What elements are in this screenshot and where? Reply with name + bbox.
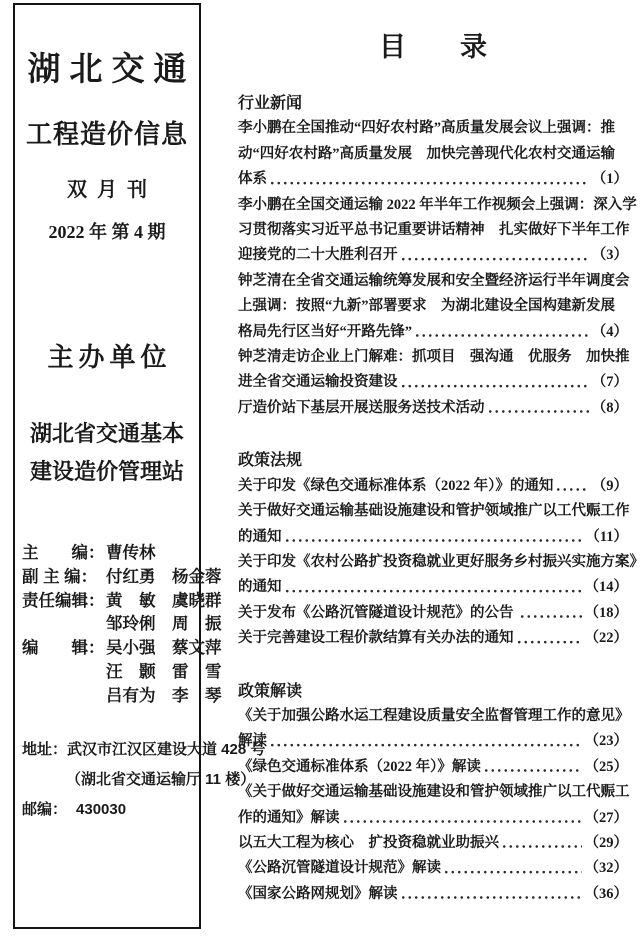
- toc-entry-lastline: 作的通知》解读（27）: [238, 806, 628, 831]
- toc-entry-lastline: 《国家公路网规划》解读（36）: [238, 882, 628, 907]
- toc-entry-text: 解读: [238, 729, 267, 754]
- address-line1: 武汉市江汉区建设大道 428 号: [67, 735, 265, 765]
- toc-page-number: （29）: [585, 831, 629, 856]
- staff-role-label: [22, 661, 106, 685]
- toc-entry: 李小鹏在全国推动“四好农村路”高质量发展会议上强调：推动“四好农村路”高质量发展…: [238, 116, 628, 192]
- magazine-toc-page: 湖北交通 工程造价信息 双月刊 2022 年 第 4 期 主办单位 湖北省交通基…: [0, 0, 642, 940]
- staff-names: 汪 颢 雷 雪: [106, 661, 222, 685]
- toc-entry-lastline: 的通知（11）: [238, 525, 628, 550]
- toc-entry-text: 关于印发《绿色交通标准体系（2022 年）》的通知: [238, 474, 553, 499]
- dot-leader: [483, 755, 582, 780]
- toc-entry-text: 关于发布《公路沉管隧道设计规范》的公告: [238, 601, 517, 626]
- toc-entry-text: 以五大工程为核心 扩投资稳就业助振兴: [238, 831, 499, 856]
- dot-leader: [342, 806, 582, 831]
- toc-entry-lastline: 厅造价站下基层开展送服务送技术活动（8）: [238, 396, 628, 421]
- staff-row-executive-editor-cont: 邹玲俐 周 振: [22, 613, 199, 637]
- staff-role-label: 副 主 编：: [22, 566, 106, 590]
- toc-entry-text: 迎接党的二十大胜利召开: [238, 243, 398, 268]
- toc-page-number: （11）: [585, 525, 628, 550]
- toc-entry-lastline: 体系（1）: [238, 167, 628, 192]
- staff-row-executive-editor: 责任编辑： 黄 敏 虞晓群: [22, 590, 199, 614]
- toc-entry-text: 《绿色交通标准体系（2022 年）》解读: [238, 755, 481, 780]
- toc-entry-lastline: 的通知（14）: [238, 575, 628, 600]
- toc-entry-text: 的通知: [238, 575, 282, 600]
- staff-names: 黄 敏 虞晓群: [106, 590, 222, 614]
- toc-page-number: （7）: [592, 370, 628, 395]
- dot-leader: [443, 856, 582, 881]
- toc-entry: 厅造价站下基层开展送服务送技术活动（8）: [238, 396, 628, 421]
- toc-entry: 李小鹏在全国交通运输 2022 年半年工作视频会上强调：深入学习贯彻落实习近平总…: [238, 193, 628, 269]
- toc-entry-text: 的通知: [238, 525, 282, 550]
- toc-page-number: （18）: [585, 601, 629, 626]
- staff-names: 付红勇 杨金蓉: [106, 566, 222, 590]
- toc-page-number: （14）: [585, 575, 629, 600]
- address-line2: （湖北省交通运输厅 11 楼）: [66, 765, 255, 795]
- organizer-name-line1: 湖北省交通基本: [15, 419, 199, 449]
- toc-entry-text: 《公路沉管隧道设计规范》解读: [238, 856, 441, 881]
- dot-leader: [555, 474, 588, 499]
- toc-entry: 关于做好交通运输基础设施建设和管护领域推广以工代赈工作的通知（11）: [238, 499, 628, 550]
- toc-entry: 《绿色交通标准体系（2022 年）》解读（25）: [238, 755, 628, 780]
- toc-page-number: （8）: [592, 396, 628, 421]
- toc-page-number: （25）: [585, 755, 629, 780]
- dot-leader: [284, 575, 582, 600]
- toc-entry-text: 作的通知》解读: [238, 806, 340, 831]
- address-label: 地址：: [22, 735, 67, 765]
- toc-entry: 《公路沉管隧道设计规范》解读（32）: [238, 856, 628, 881]
- contact-block: 地址： 武汉市江汉区建设大道 428 号 （湖北省交通运输厅 11 楼） 邮编：…: [15, 735, 199, 825]
- toc-entry-text: 厅造价站下基层开展送服务送技术活动: [238, 396, 485, 421]
- toc-section-header: 政策法规: [238, 448, 628, 473]
- staff-names: 吕有为 李 琴: [106, 685, 222, 709]
- dot-leader: [501, 831, 582, 856]
- toc-entry-text: 进全省交通运输投资建设: [238, 370, 398, 395]
- dot-leader: [284, 525, 583, 550]
- toc-entry-text: 体系: [238, 167, 267, 192]
- toc-entry-line: 习贯彻落实习近平总书记重要讲话精神 扎实做好下半年工作: [238, 218, 628, 243]
- toc-entry: 以五大工程为核心 扩投资稳就业助振兴（29）: [238, 831, 628, 856]
- postcode-row: 邮编： 430030: [22, 795, 199, 825]
- toc-entry: 钟芝清走访企业上门解难：抓项目 强沟通 优服务 加快推进全省交通运输投资建设（7…: [238, 345, 628, 396]
- dot-leader: [400, 243, 589, 268]
- toc-entry: 关于印发《农村公路扩投资稳就业更好服务乡村振兴实施方案》的通知（14）: [238, 550, 628, 601]
- toc-page-number: （23）: [585, 729, 629, 754]
- staff-row-editor-cont2: 吕有为 李 琴: [22, 685, 199, 709]
- toc-page-number: （32）: [585, 856, 629, 881]
- toc-sections: 行业新闻李小鹏在全国推动“四好农村路”高质量发展会议上强调：推动“四好农村路”高…: [238, 91, 628, 907]
- dot-leader: [519, 601, 581, 626]
- staff-names: 曹传林: [106, 542, 156, 566]
- staff-row-chief-editor: 主 编： 曹传林: [22, 542, 199, 566]
- toc-section: 政策解读《关于加强公路水运工程建设质量安全监督管理工作的意见》解读（23）《绿色…: [238, 679, 628, 908]
- address-row: 地址： 武汉市江汉区建设大道 428 号: [22, 735, 199, 765]
- toc-entry: 钟芝清在全省交通运输统筹发展和安全暨经济运行半年调度会上强调：按照“九新”部署要…: [238, 269, 628, 345]
- toc-entry-line: 《关于做好交通运输基础设施建设和管护领域推广以工代赈工: [238, 780, 628, 805]
- toc-entry: 《关于加强公路水运工程建设质量安全监督管理工作的意见》解读（23）: [238, 704, 628, 755]
- toc-page-number: （22）: [585, 626, 629, 651]
- toc-entry: 关于印发《绿色交通标准体系（2022 年）》的通知（9）: [238, 474, 628, 499]
- toc-entry-lastline: 关于印发《绿色交通标准体系（2022 年）》的通知（9）: [238, 474, 628, 499]
- toc-section: 政策法规关于印发《绿色交通标准体系（2022 年）》的通知（9）关于做好交通运输…: [238, 448, 628, 651]
- toc-entry-line: 钟芝清走访企业上门解难：抓项目 强沟通 优服务 加快推: [238, 345, 628, 370]
- toc-entry: 《关于做好交通运输基础设施建设和管护领域推广以工代赈工作的通知》解读（27）: [238, 780, 628, 831]
- journal-title-line1: 湖北交通: [15, 50, 199, 90]
- postcode-value: 430030: [76, 795, 126, 825]
- staff-row-editor: 编 辑： 吴小强 蔡文萍: [22, 637, 199, 661]
- toc-page-number: （1）: [592, 167, 628, 192]
- dot-leader: [269, 167, 589, 192]
- dot-leader: [516, 626, 582, 651]
- toc-entry-lastline: 解读（23）: [238, 729, 628, 754]
- toc-entry-line: 动“四好农村路”高质量发展 加快完善现代化农村交通运输: [238, 142, 628, 167]
- toc-title: 目 录: [238, 30, 628, 64]
- toc-entry-text: 格局先行区当好“开路先锋”: [238, 320, 412, 345]
- toc-entry-text: 关于完善建设工程价款结算有关办法的通知: [238, 626, 514, 651]
- staff-names: 邹玲俐 周 振: [106, 613, 222, 637]
- staff-role-label: 主 编：: [22, 542, 106, 566]
- toc-page-number: （36）: [585, 882, 629, 907]
- toc-page-number: （4）: [592, 320, 628, 345]
- toc-entry-line: 李小鹏在全国推动“四好农村路”高质量发展会议上强调：推: [238, 116, 628, 141]
- toc-entry-lastline: 以五大工程为核心 扩投资稳就业助振兴（29）: [238, 831, 628, 856]
- toc-entry: 《国家公路网规划》解读（36）: [238, 882, 628, 907]
- journal-title-line2: 工程造价信息: [15, 118, 199, 152]
- staff-row-deputy-editor: 副 主 编： 付红勇 杨金蓉: [22, 566, 199, 590]
- dot-leader: [400, 882, 582, 907]
- toc-entry-lastline: 进全省交通运输投资建设（7）: [238, 370, 628, 395]
- toc-page-number: （27）: [585, 806, 629, 831]
- staff-role-label: [22, 685, 106, 709]
- staff-role-label: 编 辑：: [22, 637, 106, 661]
- toc-entry-lastline: 关于完善建设工程价款结算有关办法的通知（22）: [238, 626, 628, 651]
- toc-entry-line: 钟芝清在全省交通运输统筹发展和安全暨经济运行半年调度会: [238, 269, 628, 294]
- organizer-name-line2: 建设造价管理站: [15, 457, 199, 487]
- toc-entry-lastline: 迎接党的二十大胜利召开（3）: [238, 243, 628, 268]
- dot-leader: [414, 320, 589, 345]
- editorial-staff-list: 主 编： 曹传林 副 主 编： 付红勇 杨金蓉 责任编辑： 黄 敏 虞晓群 邹玲…: [15, 542, 199, 709]
- toc-entry-lastline: 《公路沉管隧道设计规范》解读（32）: [238, 856, 628, 881]
- toc-entry-line: 关于做好交通运输基础设施建设和管护领域推广以工代赈工作: [238, 499, 628, 524]
- address-row-2: （湖北省交通运输厅 11 楼）: [22, 765, 199, 795]
- staff-role-label: 责任编辑：: [22, 590, 106, 614]
- toc-entry-lastline: 关于发布《公路沉管隧道设计规范》的公告 （18）: [238, 601, 628, 626]
- toc-entry-lastline: 格局先行区当好“开路先锋”（4）: [238, 320, 628, 345]
- toc-entry-line: 《关于加强公路水运工程建设质量安全监督管理工作的意见》: [238, 704, 628, 729]
- toc-entry-lastline: 《绿色交通标准体系（2022 年）》解读（25）: [238, 755, 628, 780]
- cover-info-panel: 湖北交通 工程造价信息 双月刊 2022 年 第 4 期 主办单位 湖北省交通基…: [13, 3, 201, 929]
- toc-section-header: 政策解读: [238, 679, 628, 704]
- postcode-label: 邮编：: [22, 795, 67, 825]
- staff-row-editor-cont: 汪 颢 雷 雪: [22, 661, 199, 685]
- toc-entry: 关于完善建设工程价款结算有关办法的通知（22）: [238, 626, 628, 651]
- toc-entry-line: 关于印发《农村公路扩投资稳就业更好服务乡村振兴实施方案》: [238, 550, 628, 575]
- toc-page-number: （3）: [592, 243, 628, 268]
- toc-entry-line: 李小鹏在全国交通运输 2022 年半年工作视频会上强调：深入学: [238, 193, 628, 218]
- toc-entry: 关于发布《公路沉管隧道设计规范》的公告 （18）: [238, 601, 628, 626]
- toc-section: 行业新闻李小鹏在全国推动“四好农村路”高质量发展会议上强调：推动“四好农村路”高…: [238, 91, 628, 421]
- toc-entry-line: 上强调：按照“九新”部署要求 为湖北建设全国构建新发展: [238, 294, 628, 319]
- organizer-label: 主办单位: [15, 340, 199, 374]
- journal-issue: 2022 年 第 4 期: [15, 220, 199, 244]
- toc-section-header: 行业新闻: [238, 91, 628, 116]
- table-of-contents: 目 录 行业新闻李小鹏在全国推动“四好农村路”高质量发展会议上强调：推动“四好农…: [238, 0, 628, 907]
- toc-entry-text: 《国家公路网规划》解读: [238, 882, 398, 907]
- staff-names: 吴小强 蔡文萍: [106, 637, 222, 661]
- staff-role-label: [22, 613, 106, 637]
- toc-page-number: （9）: [592, 474, 628, 499]
- journal-frequency: 双月刊: [15, 177, 199, 203]
- dot-leader: [400, 370, 589, 395]
- dot-leader: [487, 396, 589, 421]
- dot-leader: [269, 729, 582, 754]
